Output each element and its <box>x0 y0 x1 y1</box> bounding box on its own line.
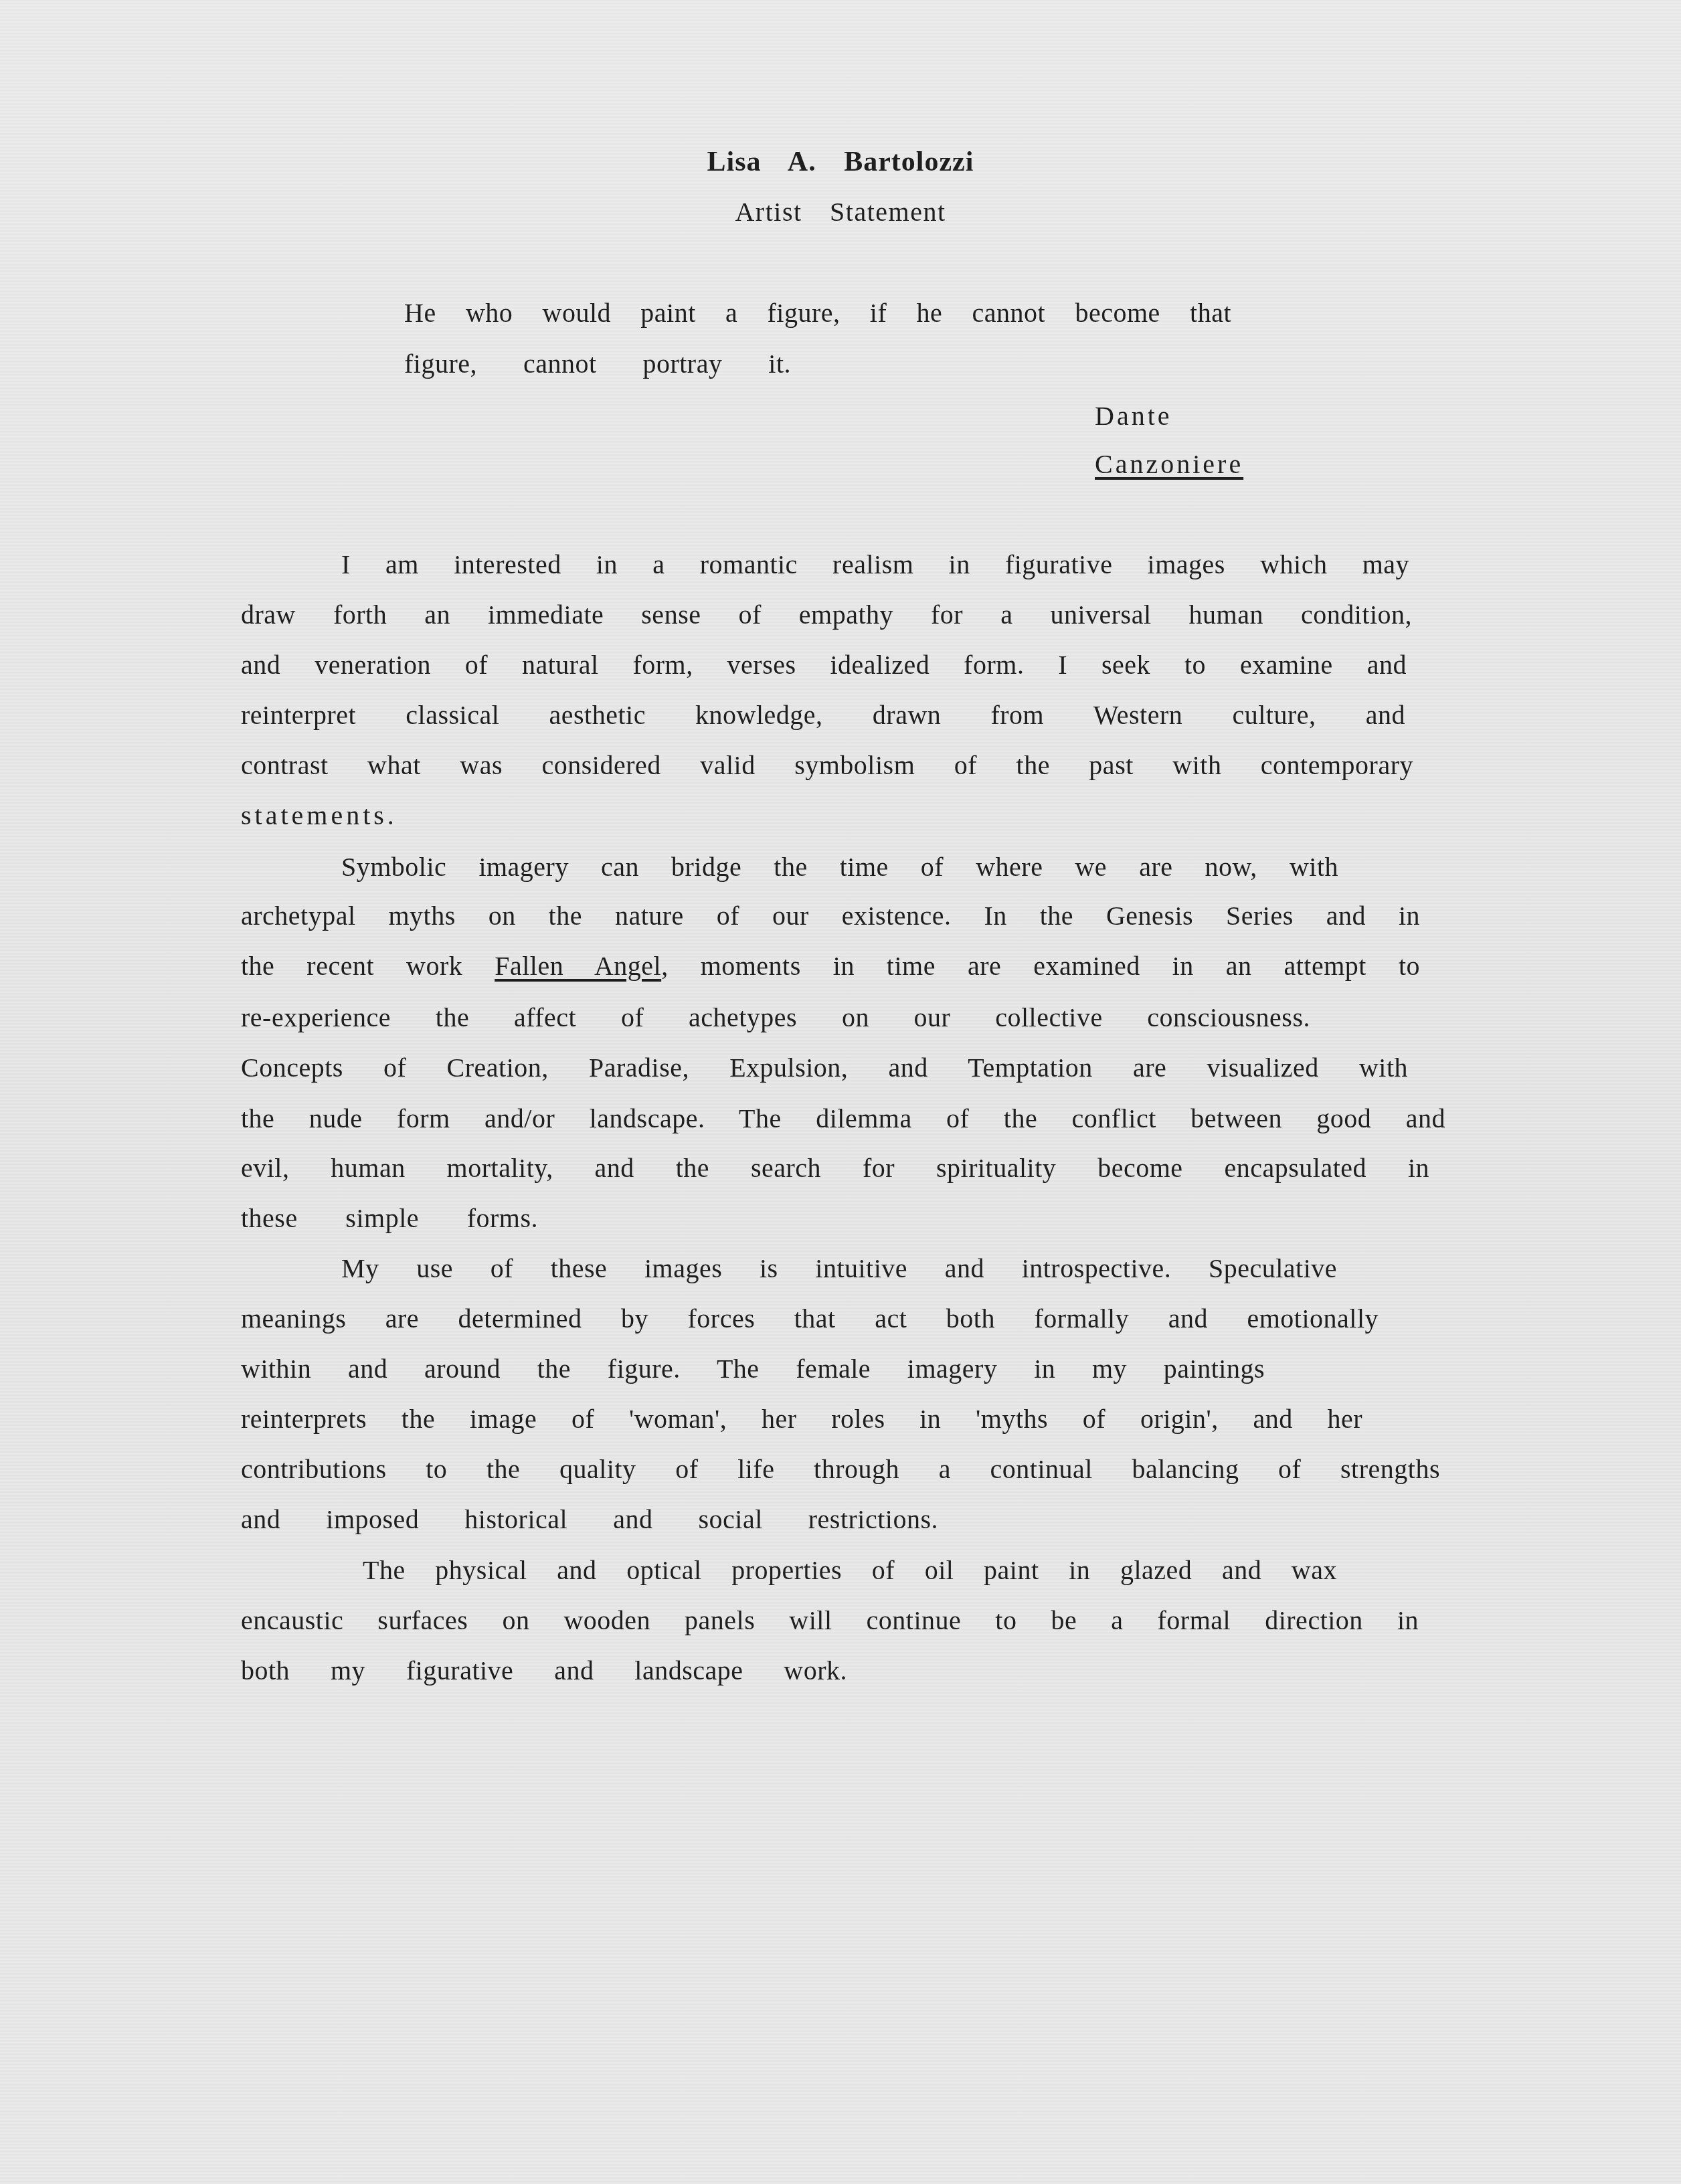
paragraph-line: Symbolic imagery can bridge the time of … <box>341 851 1338 883</box>
paragraph-line-with-title: the recent work Fallen Angel, moments in… <box>241 950 1420 982</box>
paragraph-line: meanings are determined by forces that a… <box>241 1303 1379 1335</box>
paragraph-line: encaustic surfaces on wooden panels will… <box>241 1605 1419 1637</box>
line-text: the recent work <box>241 951 495 981</box>
paragraph-line: statements. <box>241 800 397 832</box>
paper-page: Lisa A. Bartolozzi Artist Statement He w… <box>0 0 1681 2184</box>
paragraph-line: evil, human mortality, and the search fo… <box>241 1152 1429 1184</box>
author-name: Lisa A. Bartolozzi <box>0 146 1681 178</box>
paragraph-line: reinterprets the image of 'woman', her r… <box>241 1403 1362 1435</box>
epigraph-attribution-work: Canzoniere <box>1095 448 1243 480</box>
line-text: , moments in time are examined in an att… <box>661 951 1420 981</box>
paragraph-line: The physical and optical properties of o… <box>363 1554 1337 1586</box>
paragraph-line: contributions to the quality of life thr… <box>241 1453 1440 1485</box>
paragraph-line: both my figurative and landscape work. <box>241 1655 847 1687</box>
epigraph-attribution-author: Dante <box>1095 400 1172 432</box>
paragraph-line: My use of these images is intuitive and … <box>341 1253 1337 1285</box>
paragraph-line: I am interested in a romantic realism in… <box>341 549 1409 581</box>
paragraph-line: and imposed historical and social restri… <box>241 1504 938 1536</box>
document-subtitle: Artist Statement <box>0 196 1681 227</box>
paragraph-line: draw forth an immediate sense of empathy… <box>241 599 1412 631</box>
paragraph-line: re-experience the affect of achetypes on… <box>241 1002 1310 1034</box>
paragraph-line: and veneration of natural form, verses i… <box>241 649 1407 681</box>
paragraph-line: Concepts of Creation, Paradise, Expulsio… <box>241 1052 1408 1084</box>
paragraph-line: within and around the figure. The female… <box>241 1353 1265 1385</box>
paragraph-line: the nude form and/or landscape. The dile… <box>241 1103 1445 1135</box>
paragraph-line: archetypal myths on the nature of our ex… <box>241 900 1420 932</box>
paragraph-line: contrast what was considered valid symbo… <box>241 749 1413 782</box>
epigraph-line: He who would paint a figure, if he canno… <box>404 297 1231 329</box>
paragraph-line: reinterpret classical aesthetic knowledg… <box>241 699 1405 731</box>
epigraph-line: figure, cannot portray it. <box>404 348 791 380</box>
paragraph-line: these simple forms. <box>241 1202 538 1235</box>
artwork-title-fallen-angel: Fallen Angel <box>495 951 661 981</box>
